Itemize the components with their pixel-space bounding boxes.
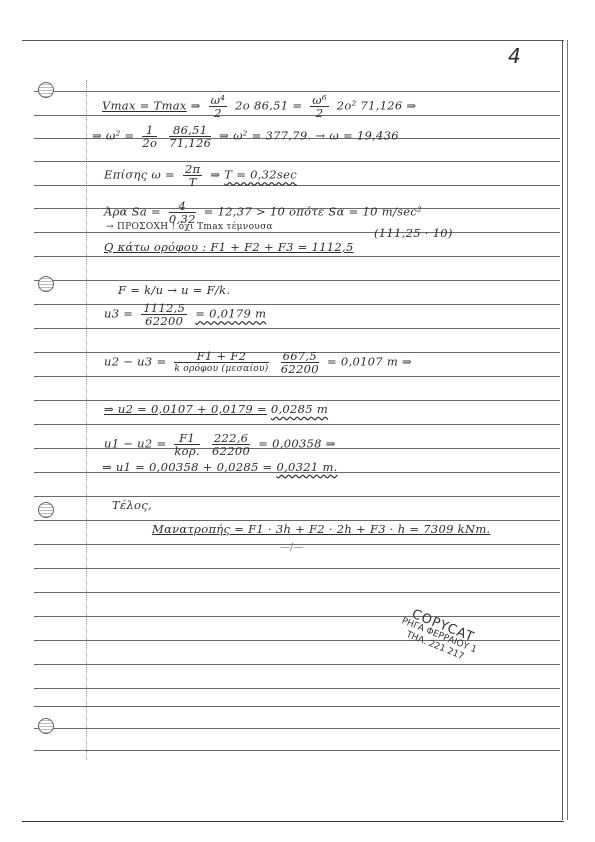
notebook-page	[22, 40, 564, 822]
punch-hole-icon	[38, 276, 54, 292]
ruled-line	[34, 592, 560, 593]
ruled-line	[34, 424, 560, 425]
punch-hole-icon	[38, 502, 54, 518]
ruled-line	[34, 161, 560, 162]
equation-u1: ⇒ u1 = 0,00358 + 0,0285 = 0,0321 m.	[102, 460, 338, 474]
annotation-base-shear: (111,25 · 10)	[374, 226, 453, 240]
ruled-line	[34, 280, 560, 281]
equation-u2-minus-u3: u2 − u3 = F1 + F2k ορόφου (μεσαίου) 667,…	[104, 350, 412, 375]
ruled-line	[34, 91, 560, 92]
equation-u1-minus-u2: u1 − u2 = F1kορ. 222,662200 = 0,00358 ⇒	[104, 432, 336, 457]
ruled-line	[34, 706, 560, 707]
end-mark: —/—	[280, 542, 303, 553]
ruled-line	[34, 616, 560, 617]
page-number: 4	[508, 44, 521, 68]
ruled-line	[34, 728, 560, 729]
equation-overturning-moment: Mανατροπής = F1 · 3h + F2 · 2h + F3 · h …	[152, 522, 490, 536]
equation-stiffness: F = k/u → u = F/k.	[118, 283, 230, 297]
ruled-line	[34, 496, 560, 497]
punch-hole-icon	[38, 82, 54, 98]
equation-vmax-tmax: Vmax = Tmax ⇒ ω⁴2 2o 86,51 = ω⁶2 2o² 71,…	[102, 94, 416, 119]
ruled-line	[34, 376, 560, 377]
equation-u2: ⇒ u2 = 0,0107 + 0,0179 = 0,0285 m	[104, 402, 328, 416]
ruled-line	[34, 520, 560, 521]
page-binding-edge	[562, 40, 568, 820]
ruled-line	[34, 640, 560, 641]
ruled-line	[34, 568, 560, 569]
ruled-line	[34, 256, 560, 257]
equation-omega: ⇒ ω² = 12o 86,5171,126 ⇒ ω² = 377,79. → …	[92, 124, 399, 149]
punch-hole-icon	[38, 718, 54, 734]
ruled-line	[34, 400, 560, 401]
equation-period: Επίσης ω = 2πT ⇒ T = 0,32sec	[104, 163, 297, 188]
ruled-line	[34, 664, 560, 665]
conclusion-label: Τέλος,	[112, 498, 152, 512]
attention-note: → ΠΡΟΣΟΧΗ ! όχι Tmax τέμνουσα	[106, 222, 273, 232]
ruled-line	[34, 750, 560, 751]
margin-line	[86, 80, 87, 760]
ruled-line	[34, 688, 560, 689]
ruled-line	[34, 328, 560, 329]
equation-base-shear: Q κάτω ορόφου : F1 + F2 + F3 = 1112,5	[104, 240, 354, 254]
equation-u3: u3 = 1112,562200 = 0,0179 m	[104, 302, 266, 327]
ruled-line	[34, 232, 560, 233]
